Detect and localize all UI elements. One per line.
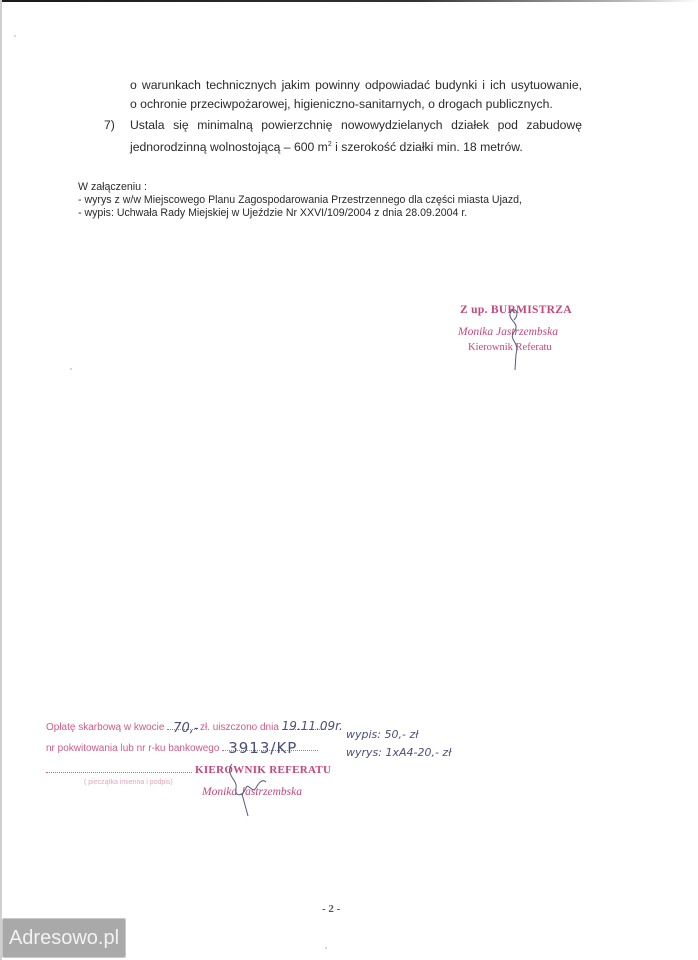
item-7-number: 7) (104, 118, 115, 132)
scan-speck (14, 35, 16, 37)
page-number: - 2 - (322, 903, 340, 915)
handwritten-note-2: wyrys: 1xA4-20,- zł (346, 746, 451, 759)
fee-amount-field: 70,- (167, 729, 197, 730)
fee-receipt-field: 3913/KP (222, 750, 318, 751)
continuation-line-1: o warunkach technicznych jakim powinny o… (130, 76, 582, 95)
handwritten-signature-icon (500, 300, 530, 372)
item-7-line-2-rest: i szerokość działki min. 18 metrów. (332, 140, 523, 154)
continuation-line-2: o ochronie przeciwpożarowej, higieniczno… (130, 95, 553, 114)
scan-speck (70, 368, 72, 370)
fee-date: 19.11.09r. (282, 719, 343, 733)
handwritten-note-1: wypis: 50,- zł (346, 728, 418, 741)
fee-line-1-label: Opłatę skarbową w kwocie (46, 722, 167, 733)
scan-speck (325, 947, 327, 949)
fee-line-1: Opłatę skarbową w kwocie 70,- zł. uiszcz… (46, 722, 326, 733)
item-7-line-2: jednorodzinną wolnostojącą – 600 m2 i sz… (130, 135, 523, 157)
fee-signature-icon (218, 758, 278, 818)
fee-date-field: 19.11.09r. (282, 729, 326, 730)
attachments-heading: W załączeniu : (78, 181, 147, 194)
fee-amount: 70,- (173, 721, 198, 736)
attachment-item-1: - wyrys z w/w Miejscowego Planu Zagospod… (78, 194, 522, 207)
scan-left-edge (0, 0, 2, 960)
item-7-line-1: Ustala się minimalną powierzchnię nowowy… (130, 116, 582, 135)
item-7-line-2-text: jednorodzinną wolnostojącą – 600 m (130, 140, 328, 154)
fee-sign-line (46, 765, 192, 776)
watermark-badge: Adresowo.pl (2, 918, 126, 958)
fee-line-2: nr pokwitowania lub nr r-ku bankowego 39… (46, 743, 318, 754)
fee-receipt-number: 3913/KP (228, 739, 297, 757)
dotted-signature-line (46, 772, 192, 773)
scan-top-edge (0, 0, 698, 2)
fee-line-1-mid: zł. uiszczono dnia (197, 722, 282, 733)
fee-sign-caption: ( pieczątka imienna i podpis) (84, 779, 173, 786)
attachment-item-2: - wypis: Uchwała Rady Miejskiej w Ujeźdz… (78, 207, 467, 220)
fee-line-2-label: nr pokwitowania lub nr r-ku bankowego (46, 743, 222, 754)
